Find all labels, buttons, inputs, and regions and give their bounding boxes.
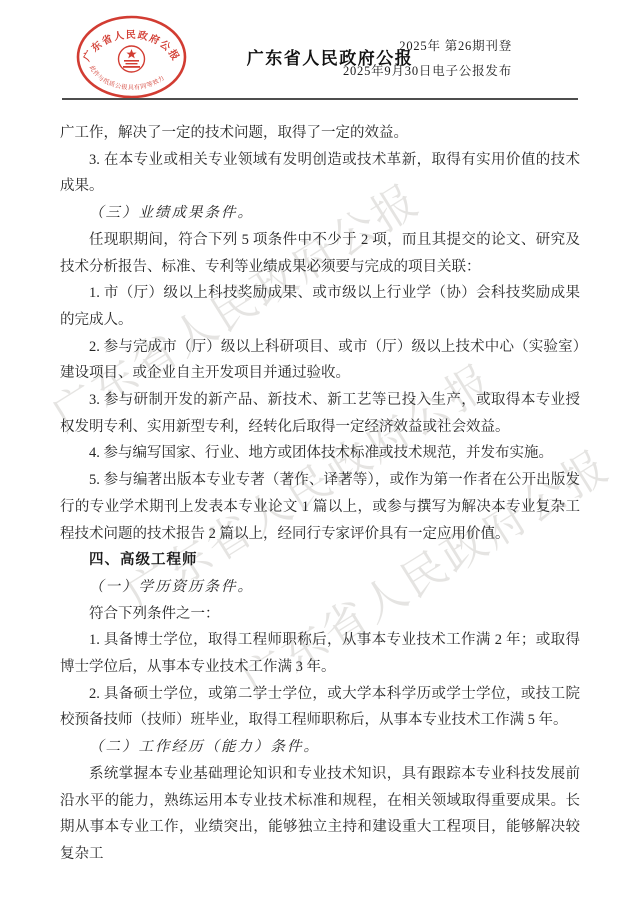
gazette-header: 广东省人民政府公报 此件与纸质公报具有同等效力 广东省人民政府公报 — [60, 0, 580, 99]
paragraph: （一）学历资历条件。 — [60, 574, 580, 601]
seal-graphic: 广东省人民政府公报 此件与纸质公报具有同等效力 — [75, 15, 188, 99]
national-emblem-icon — [119, 46, 145, 72]
paragraph: 4. 参与编写国家、行业、地方或团体技术标准或技术规范，并发布实施。 — [60, 440, 580, 467]
paragraph: 1. 市（厅）级以上科技奖励成果、或市级以上行业学（协）会科技奖励成果的完成人。 — [60, 280, 580, 333]
issue-number-line: 2025年 第26期刊登 — [343, 34, 512, 59]
paragraph: 系统掌握本专业基础理论知识和专业技术知识，具有跟踪本专业科技发展前沿水平的能力，… — [60, 761, 580, 868]
document-body: 广工作，解决了一定的技术问题，取得了一定的效益。 3. 在本专业或相关专业领域有… — [60, 120, 580, 868]
gazette-seal: 广东省人民政府公报 此件与纸质公报具有同等效力 — [75, 15, 188, 99]
publish-date-line: 2025年9月30日电子公报发布 — [343, 59, 512, 84]
gazette-page: 广东省人民政府公报 广东省人民政府公报 广东省人民政府公报 广东省人民政府公报 — [0, 0, 639, 903]
paragraph: （三）业绩成果条件。 — [60, 200, 580, 227]
header-divider — [62, 98, 578, 100]
paragraph: 3. 参与研制开发的新产品、新技术、新工艺等已投入生产，或取得本专业授权发明专利… — [60, 387, 580, 440]
paragraph: 任现职期间，符合下列 5 项条件中不少于 2 项，而且其提交的论文、研究及技术分… — [60, 227, 580, 280]
paragraph: 广工作，解决了一定的技术问题，取得了一定的效益。 — [60, 120, 580, 147]
seal-bottom-text: 此件与纸质公报具有同等效力 — [88, 64, 166, 91]
paragraph: 符合下列条件之一： — [60, 601, 580, 628]
paragraph: 1. 具备博士学位，取得工程师职称后，从事本专业技术工作满 2 年；或取得博士学… — [60, 627, 580, 680]
paragraph: 四、高级工程师 — [60, 547, 580, 574]
paragraph: 2. 具备硕士学位，或第二学士学位，或大学本科学历或学士学位，或技工院校预备技师… — [60, 681, 580, 734]
paragraph: 3. 在本专业或相关专业领域有发明创造或技术革新，取得有实用价值的技术成果。 — [60, 147, 580, 200]
paragraph: （二）工作经历（能力）条件。 — [60, 734, 580, 761]
paragraph: 2. 参与完成市（厅）级以上科研项目、或市（厅）级以上技术中心（实验室）建设项目… — [60, 334, 580, 387]
paragraph: 5. 参与编著出版本专业专著（著作、译著等），或作为第一作者在公开出版发行的专业… — [60, 467, 580, 547]
issue-info: 2025年 第26期刊登 2025年9月30日电子公报发布 — [343, 34, 512, 84]
svg-text:此件与纸质公报具有同等效力: 此件与纸质公报具有同等效力 — [88, 64, 166, 91]
